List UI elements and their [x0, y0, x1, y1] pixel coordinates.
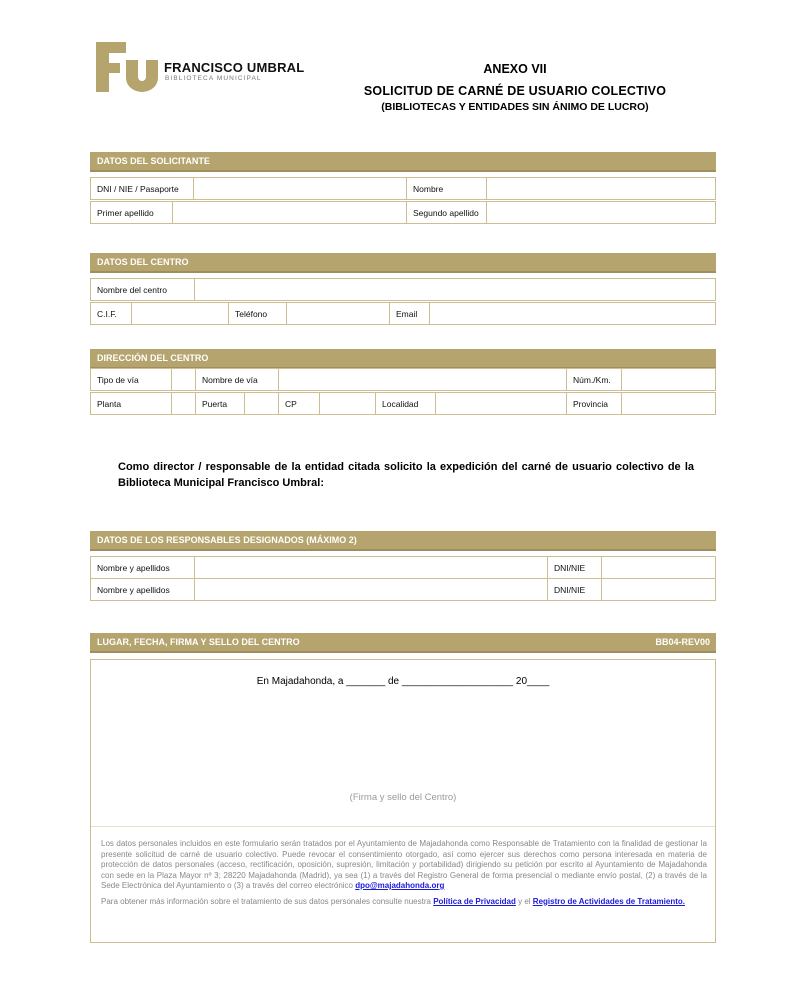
- solicitante-table: DNI / NIE / Pasaporte Nombre: [90, 177, 716, 200]
- legal-text: y el: [516, 897, 533, 906]
- place-date-line[interactable]: En Majadahonda, a _______ de ___________…: [91, 676, 715, 687]
- dni-label: DNI / NIE / Pasaporte: [91, 178, 194, 200]
- section-header-responsables: DATOS DE LOS RESPONSABLES DESIGNADOS (MÁ…: [90, 531, 716, 549]
- annex-label: ANEXO VII: [300, 62, 730, 76]
- nombre-centro-label: Nombre del centro: [91, 279, 195, 301]
- dpo-email-link[interactable]: dpo@majadahonda.org: [355, 881, 444, 890]
- cif-label: C.I.F.: [91, 303, 132, 325]
- cp-label: CP: [279, 393, 320, 415]
- primer-apellido-field[interactable]: [173, 202, 407, 224]
- responsable-dni-field[interactable]: [602, 579, 716, 601]
- legal-paragraph-2: Para obtener más información sobre el tr…: [101, 897, 707, 908]
- localidad-field[interactable]: [436, 393, 567, 415]
- nombre-label: Nombre: [407, 178, 487, 200]
- localidad-label: Localidad: [376, 393, 436, 415]
- legal-paragraph-1: Los datos personales incluidos en este f…: [101, 839, 707, 892]
- puerta-label: Puerta: [196, 393, 245, 415]
- num-km-label: Núm./Km.: [567, 369, 622, 391]
- responsable-name-label: Nombre y apellidos: [91, 579, 195, 601]
- dni-field[interactable]: [194, 178, 407, 200]
- logo-brand: FRANCISCO UMBRAL: [164, 60, 304, 75]
- telefono-field[interactable]: [287, 303, 390, 325]
- segundo-apellido-field[interactable]: [487, 202, 716, 224]
- email-label: Email: [390, 303, 430, 325]
- responsable-dni-field[interactable]: [602, 557, 716, 579]
- provincia-label: Provincia: [567, 393, 622, 415]
- cif-field[interactable]: [132, 303, 229, 325]
- signature-box: En Majadahonda, a _______ de ___________…: [90, 659, 716, 943]
- tipo-via-field[interactable]: [172, 369, 196, 391]
- responsable-name-field[interactable]: [195, 579, 548, 601]
- planta-field[interactable]: [172, 393, 196, 415]
- document-code: BB04-REV00: [655, 633, 710, 651]
- email-field[interactable]: [430, 303, 716, 325]
- responsable-name-label: Nombre y apellidos: [91, 557, 195, 579]
- nombre-centro-field[interactable]: [195, 279, 716, 301]
- responsable-name-field[interactable]: [195, 557, 548, 579]
- request-statement: Como director / responsable de la entida…: [118, 459, 694, 491]
- section-header-solicitante: DATOS DEL SOLICITANTE: [90, 152, 716, 170]
- nombre-field[interactable]: [487, 178, 716, 200]
- responsable-dni-label: DNI/NIE: [548, 557, 602, 579]
- privacy-policy-link[interactable]: Política de Privacidad: [433, 897, 516, 906]
- solicitante-table-row2: Primer apellido Segundo apellido: [90, 201, 716, 224]
- primer-apellido-label: Primer apellido: [91, 202, 173, 224]
- tipo-via-label: Tipo de vía: [91, 369, 172, 391]
- registry-link[interactable]: Registro de Actividades de Tratamiento.: [533, 897, 685, 906]
- nombre-via-field[interactable]: [279, 369, 567, 391]
- cp-field[interactable]: [320, 393, 376, 415]
- segundo-apellido-label: Segundo apellido: [407, 202, 487, 224]
- section-header-direccion: DIRECCIÓN DEL CENTRO: [90, 349, 716, 367]
- direccion-table-row2: Planta Puerta CP Localidad Provincia: [90, 392, 716, 415]
- num-km-field[interactable]: [622, 369, 716, 391]
- responsables-table: Nombre y apellidos DNI/NIE Nombre y apel…: [90, 556, 716, 601]
- responsable-row: Nombre y apellidos DNI/NIE: [91, 557, 716, 579]
- logo-fu-mark: [96, 42, 158, 92]
- responsable-row: Nombre y apellidos DNI/NIE: [91, 579, 716, 601]
- centro-table-row2: C.I.F. Teléfono Email: [90, 302, 716, 325]
- centro-table: Nombre del centro: [90, 278, 716, 301]
- page-title: SOLICITUD DE CARNÉ DE USUARIO COLECTIVO: [300, 84, 730, 98]
- nombre-via-label: Nombre de vía: [196, 369, 279, 391]
- provincia-field[interactable]: [622, 393, 716, 415]
- page-subtitle: (BIBLIOTECAS Y ENTIDADES SIN ÁNIMO DE LU…: [300, 101, 730, 113]
- legal-text: Para obtener más información sobre el tr…: [101, 897, 433, 906]
- direccion-table: Tipo de vía Nombre de vía Núm./Km.: [90, 368, 716, 391]
- telefono-label: Teléfono: [229, 303, 287, 325]
- section-header-firma: LUGAR, FECHA, FIRMA Y SELLO DEL CENTRO B…: [90, 633, 716, 651]
- firma-section-title: LUGAR, FECHA, FIRMA Y SELLO DEL CENTRO: [97, 637, 300, 647]
- legal-notice: Los datos personales incluidos en este f…: [101, 839, 707, 912]
- divider: [91, 826, 715, 827]
- section-header-centro: DATOS DEL CENTRO: [90, 253, 716, 271]
- planta-label: Planta: [91, 393, 172, 415]
- puerta-field[interactable]: [245, 393, 279, 415]
- signature-note: (Firma y sello del Centro): [91, 792, 715, 803]
- logo-subtitle: BIBLIOTECA MUNICIPAL: [165, 75, 262, 82]
- responsable-dni-label: DNI/NIE: [548, 579, 602, 601]
